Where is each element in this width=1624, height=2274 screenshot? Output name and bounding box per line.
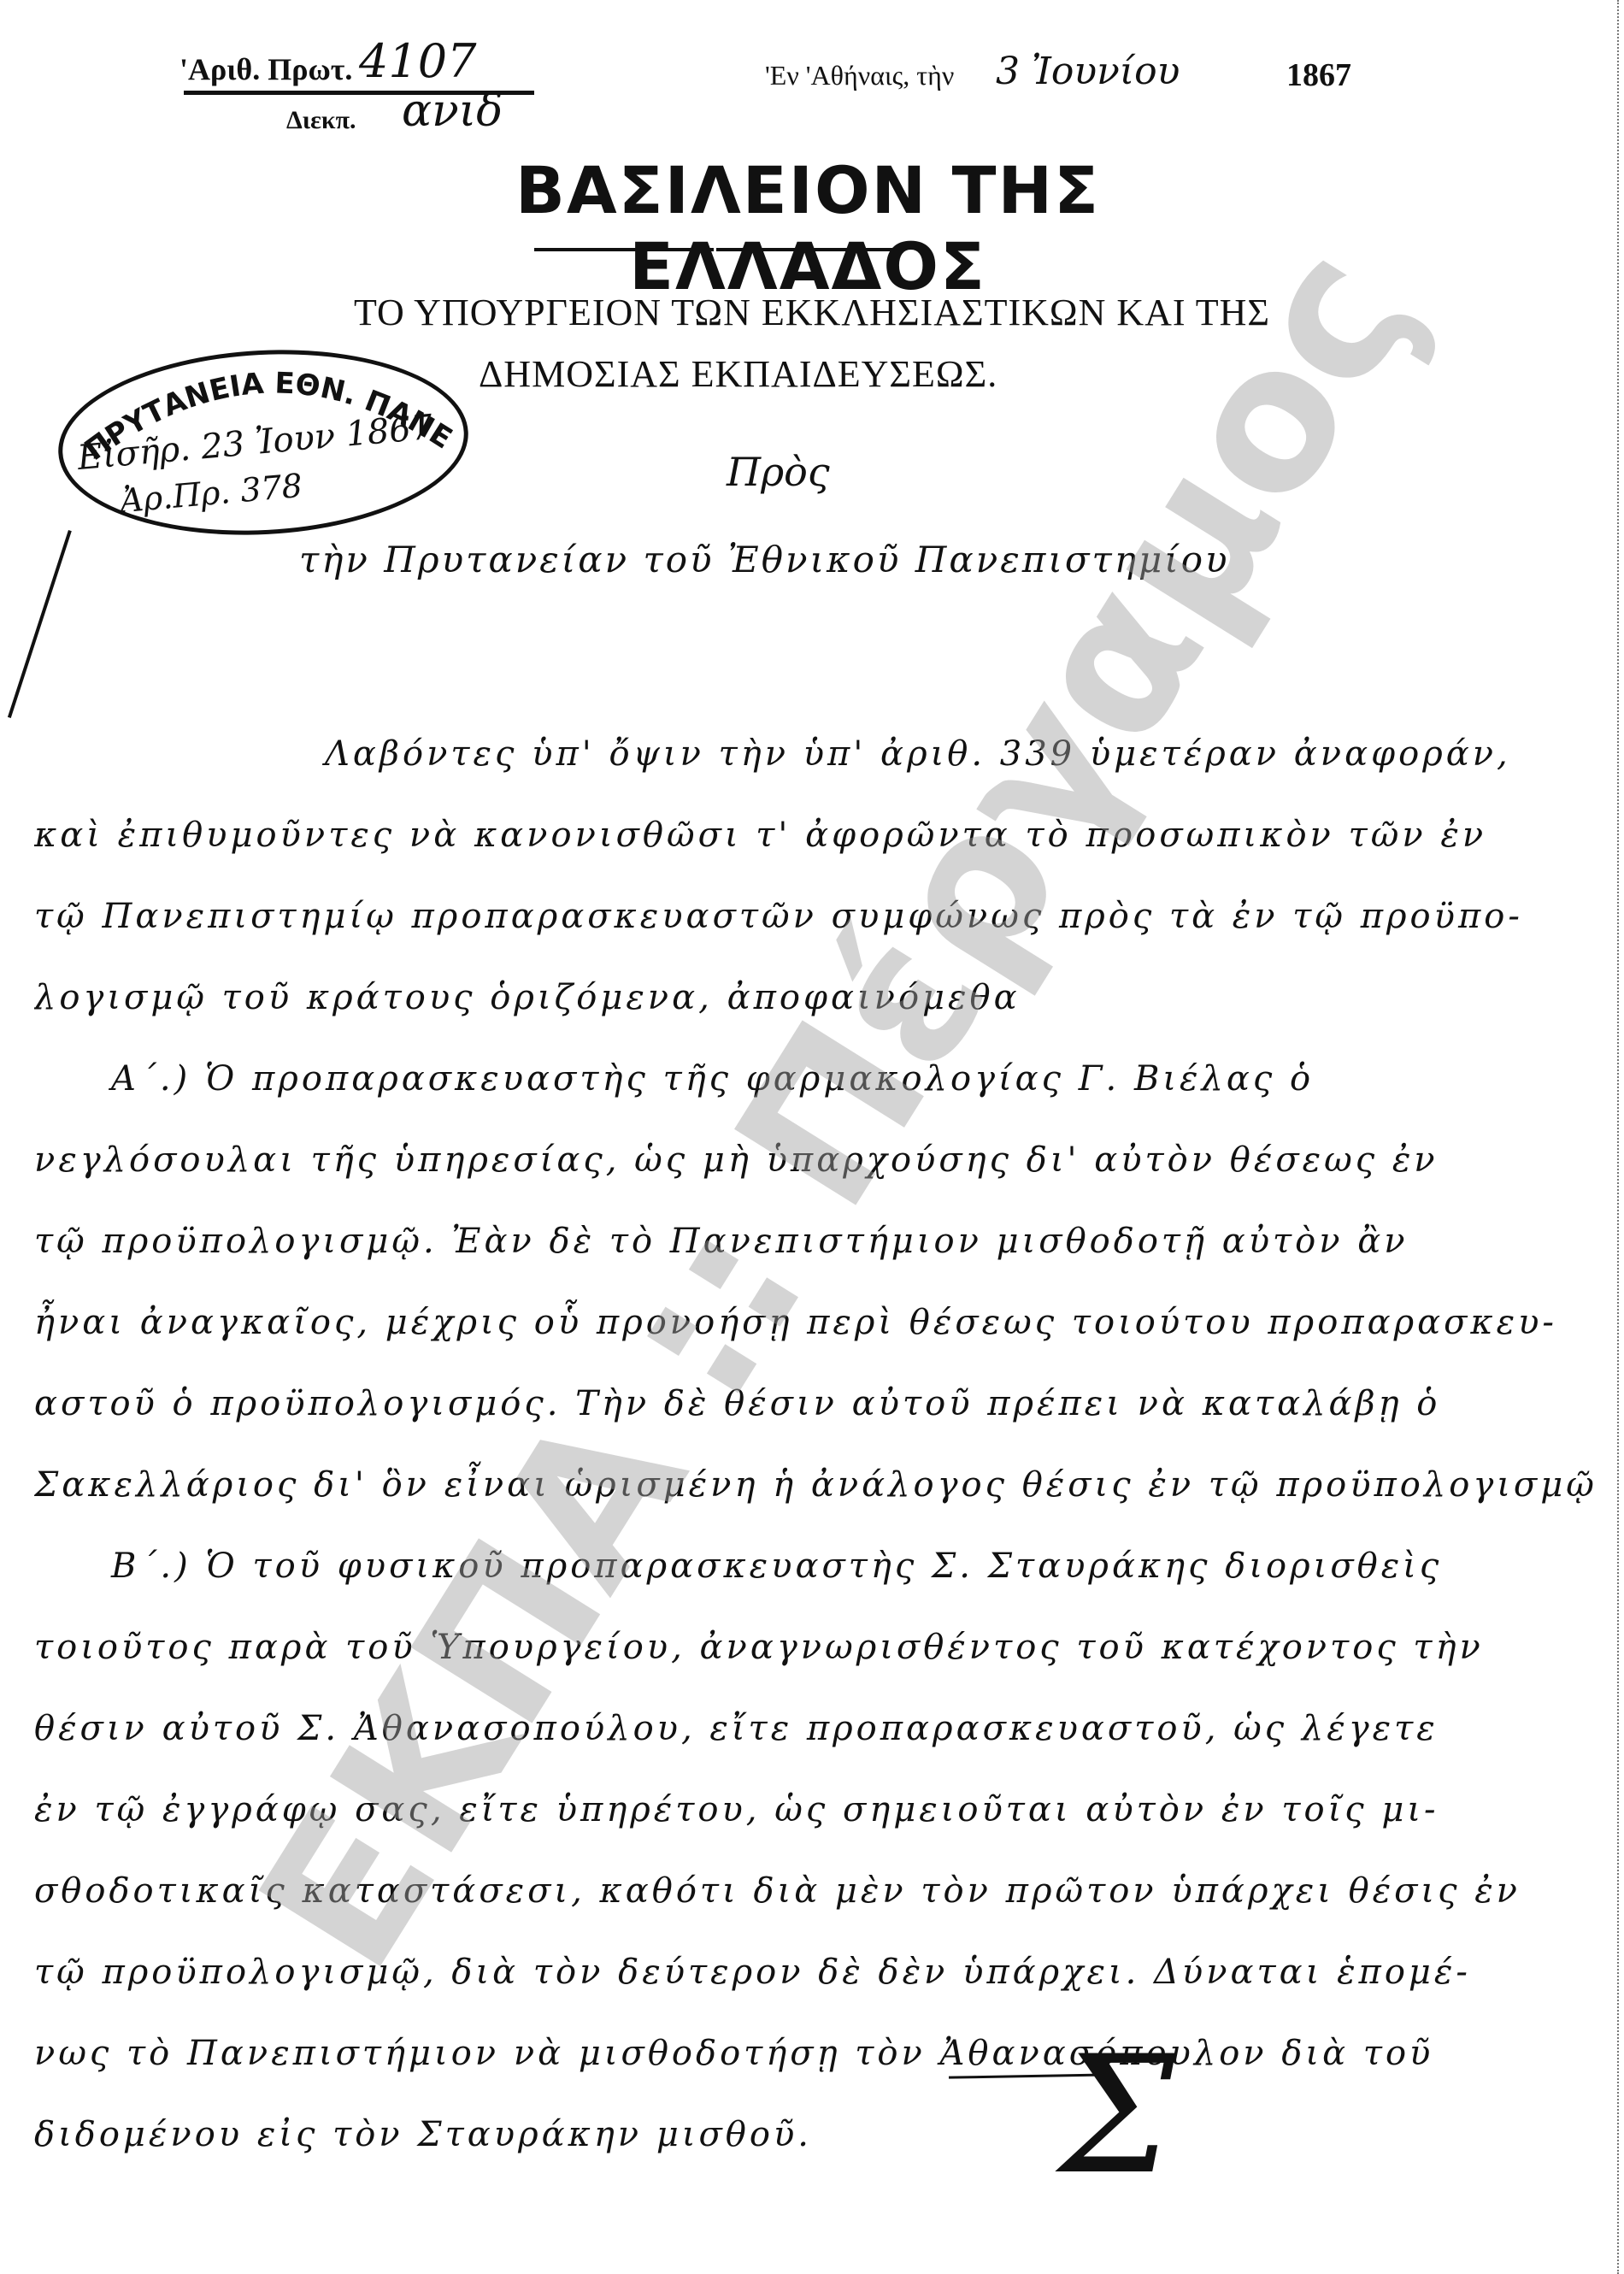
margin-pen-stroke [8,530,72,718]
body-line: θέσιν αὐτοῦ Σ. Ἀθανασοπούλου, εἴτε προπα… [34,1688,1598,1770]
heading-rule [534,248,714,251]
body-line: Λαβόντες ὑπ' ὄψιν τὴν ὑπ' ἀριθ. 339 ὑμετ… [34,714,1598,795]
signature: Σ [1060,2035,1174,2197]
body-line: λογισμῷ τοῦ κράτους ὁριζόμενα, ἀποφαινόμ… [34,957,1598,1039]
body-line: νως τὸ Πανεπιστήμιον νὰ μισθοδοτήσῃ τὸν … [34,2013,1598,2094]
place-label: 'Εν 'Αθήναις, τὴν [765,60,954,91]
body-line: τῷ προϋπολογισμῷ, διὰ τὸν δεύτερον δὲ δὲ… [34,1932,1598,2013]
body-line: τοιοῦτος παρὰ τοῦ Ὑπουργείου, ἀναγνωρισθ… [34,1607,1598,1688]
body-line: νεγλόσουλαι τῆς ὑπηρεσίας, ὡς μὴ ὑπαρχού… [34,1120,1598,1201]
ministry-heading-line1: ΤΟ ΥΠΟΥΡΓΕΙΟΝ ΤΩΝ ΕΚΚΛΗΣΙΑΣΤΙΚΩΝ ΚΑΙ ΤΗΣ [256,291,1368,334]
addressee: τὴν Πρυτανείαν τοῦ Ἐθνικοῦ Πανεπιστημίου [299,539,1230,580]
date-handwritten: 3 Ἰουνίου [996,50,1180,93]
scan-edge [1617,0,1624,2274]
body-line: τῷ προϋπολογισμῷ. Ἐὰν δὲ τὸ Πανεπιστήμιο… [34,1201,1598,1282]
body-line: καὶ ἐπιθυμοῦντες νὰ κανονισθῶσι τ' ἀφορῶ… [34,795,1598,876]
salutation-to: Πρὸς [727,449,830,495]
heading-rule [716,248,896,251]
body-line: τῷ Πανεπιστημίῳ προπαρασκευαστῶν συμφώνω… [34,876,1598,957]
kingdom-heading: ΒΑΣΙΛΕΙΟΝ ΤΗΣ ΕΛΛΑΔΟΣ [346,152,1269,304]
body-line: αστοῦ ὁ προϋπολογισμός. Τὴν δὲ θέσιν αὐτ… [34,1364,1598,1445]
body-line: σθοδοτικαῖς καταστάσεσι, καθότι διὰ μὲν … [34,1851,1598,1932]
year: 1867 [1286,56,1351,94]
body-line: διδομένου εἰς τὸν Σταυράκην μισθοῦ. [34,2094,1598,2176]
ministry-heading-line2: ΔΗΜΟΣΙΑΣ ΕΚΠΑΙΔΕΥΣΕΩΣ. [479,352,997,396]
dispatch-label: Διεκπ. [286,106,356,135]
letter-body: Λαβόντες ὑπ' ὄψιν τὴν ὑπ' ἀριθ. 339 ὑμετ… [34,714,1598,2176]
body-line: Β΄.) Ὁ τοῦ φυσικοῦ προπαρασκευαστὴς Σ. Σ… [34,1526,1598,1607]
body-line: Σακελλάριος δι' ὃν εἶναι ὡρισμένη ἡ ἀνάλ… [34,1445,1598,1526]
protocol-number-handwritten: 4107 [359,34,476,88]
protocol-label: 'Αριθ. Πρωτ. [179,51,352,87]
body-line: ἦναι ἀναγκαῖος, μέχρις οὗ προνοήσῃ περὶ … [34,1282,1598,1364]
dispatch-number-handwritten: ανιδ [402,85,503,137]
body-line: ἐν τῷ ἐγγράφῳ σας, εἴτε ὑπηρέτου, ὡς σημ… [34,1770,1598,1851]
body-line: Α΄.) Ὁ προπαρασκευαστὴς τῆς φαρμακολογία… [34,1039,1598,1120]
